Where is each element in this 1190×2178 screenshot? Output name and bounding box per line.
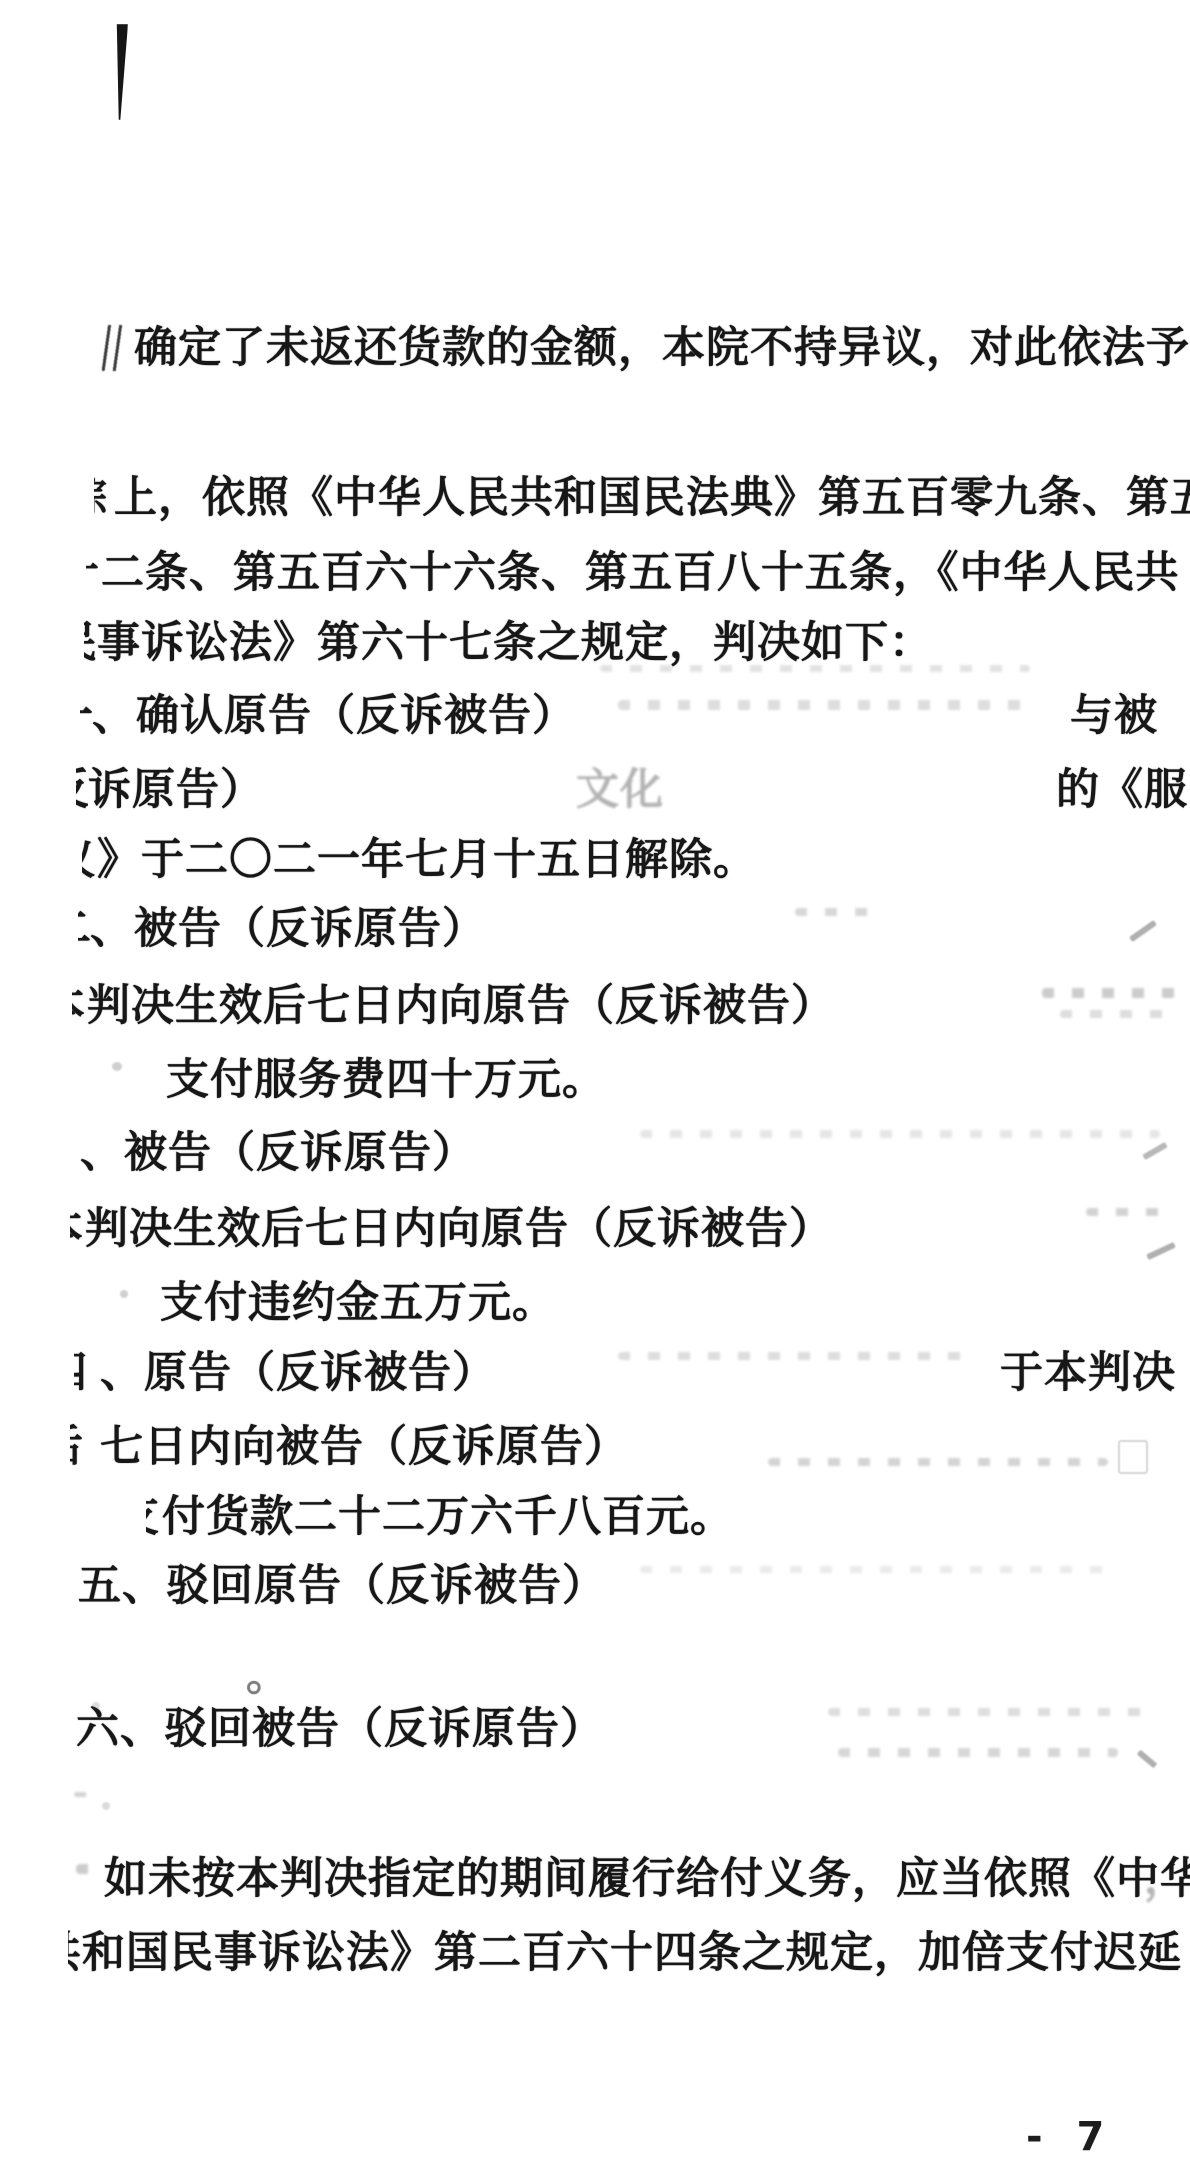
redaction-smudge (838, 1748, 1118, 1757)
clipped-character: 共 (68, 1925, 82, 1981)
line-text: 确定了未返还货款的金额，本院不持异议，对此依法予以 (134, 323, 1190, 373)
text-line: 本判决生效后七日内向原告（反诉被告） (70, 1201, 833, 1257)
redaction-smudge (795, 908, 885, 916)
scanned-judgment-page: 确定了未返还货款的金额，本院不持异议，对此依法予以 综上，依照《中华人民共和国民… (0, 0, 1190, 2178)
redaction-smudge (1118, 1440, 1148, 1474)
line-text: 》于二〇二一年七月十五日解除。 (97, 835, 757, 885)
text-line: 反诉原告） 文化 的《服 (76, 762, 264, 818)
text-line: 十二条、第五百六十六条、第五百八十五条，《中华人民共 (86, 545, 1180, 601)
text-line: 、被告（反诉原告） (80, 1125, 476, 1181)
erased-text-ghost: ， (1144, 1851, 1188, 1907)
line-text-right: 与被 (1070, 688, 1158, 744)
clipped-character: 十 (86, 545, 101, 601)
line-text: 支付服务费四十万元。 (166, 1055, 606, 1105)
clipped-character: 支 (146, 1489, 162, 1545)
redaction-smudge (1142, 1142, 1168, 1160)
line-text: 五、驳回原告（反诉被告） (78, 1561, 606, 1611)
text-line: 本判决生效后七日内向原告（反诉被告） (72, 978, 835, 1034)
redaction-smudge (1146, 1242, 1176, 1260)
redaction-smudge (768, 1458, 1108, 1466)
text-line: 二、被告（反诉原告） (78, 901, 486, 957)
text-line: 五、驳回原告（反诉被告） (78, 1558, 606, 1614)
text-line: 一、确认原告（反诉被告） 与被 (80, 688, 576, 744)
clipped-character: 四 (74, 1345, 100, 1401)
text-line: 支付货款二十二万六千八百元。 (146, 1489, 734, 1545)
redaction-smudge (92, 1702, 100, 1710)
line-text: 支付违约金五万元。 (160, 1278, 556, 1328)
redaction-smudge (74, 1792, 90, 1797)
clipped-character: 一 (80, 688, 92, 744)
text-line: 民事诉讼法》第六十七条之规定，判决如下： (84, 615, 933, 671)
redaction-smudge (640, 1130, 1160, 1138)
redaction-smudge (618, 700, 1028, 710)
line-text: 二条、第五百六十六条、第五百八十五条，《中华人民共 (101, 548, 1180, 598)
ink-stroke-artifact (112, 24, 128, 120)
redaction-smudge (1129, 920, 1157, 942)
line-text: 上，依照《中华人民共和国民法典》第五百零九条、第五 (114, 473, 1190, 523)
clipped-character: 议 (82, 832, 97, 888)
text-line: 支付违约金五万元。 (160, 1275, 556, 1331)
line-text: 诉原告） (88, 765, 264, 815)
redaction-smudge (600, 665, 1030, 672)
clipped-character: 反 (76, 762, 88, 818)
text-line: 综上，依照《中华人民共和国民法典》第五百零九条、第五 (94, 470, 1190, 526)
text-line: 六、驳回被告（反诉原告） (76, 1701, 604, 1757)
text-line: 。 (246, 1648, 290, 1704)
line-text: 、确认原告（反诉被告） (92, 691, 576, 741)
clipped-character: 本 (70, 1201, 85, 1257)
redaction-smudge (112, 1062, 122, 1071)
line-text: 七日内向被告（反诉原告） (100, 1422, 628, 1472)
line-text: 六、驳回被告（反诉原告） (76, 1704, 604, 1754)
text-line: 四、原告（反诉被告） 于本判决 (74, 1345, 496, 1401)
text-line: 如未按本判决指定的期间履行给付义务，应当依照《中华 ， (104, 1851, 1190, 1907)
line-text: 、原告（反诉被告） (100, 1348, 496, 1398)
line-text: 如未按本判决指定的期间履行给付义务，应当依照《中华 (104, 1854, 1190, 1904)
line-text: 付货款二十二万六千八百元。 (162, 1492, 734, 1542)
redaction-smudge (1086, 1208, 1176, 1216)
redaction-smudge (828, 1708, 1158, 1716)
clipped-character: 本 (72, 978, 87, 1034)
line-text-right: 于本判决 (1000, 1345, 1176, 1401)
redaction-smudge (76, 1864, 94, 1874)
text-line: 后七日内向被告（反诉原告） (70, 1419, 628, 1475)
line-text-right: 的《服 (1056, 762, 1188, 818)
redaction-smudge (1137, 1750, 1158, 1769)
redaction-smudge (1042, 988, 1190, 998)
clipped-character: 民 (84, 615, 97, 671)
line-text: 和国民事诉讼法》第二百六十四条之规定，加倍支付迟延 (82, 1928, 1182, 1978)
erased-text-ghost: 文化 (576, 762, 664, 818)
line-text: 判决生效后七日内向原告（反诉被告） (85, 1204, 833, 1254)
clipped-character: 后 (70, 1419, 100, 1475)
redaction-smudge (120, 1290, 128, 1298)
page-number: - 7 (1026, 2114, 1114, 2160)
clipped-character: 二 (78, 901, 90, 957)
text-line: 确定了未返还货款的金额，本院不持异议，对此依法予以 (134, 320, 1190, 376)
line-text: 、被告（反诉原告） (80, 1128, 476, 1178)
redaction-smudge (1060, 1010, 1180, 1018)
line-text: 事诉讼法》第六十七条之规定，判决如下： (97, 618, 933, 668)
clipped-character: 综 (94, 470, 114, 526)
text-line: 议》于二〇二一年七月十五日解除。 (82, 832, 757, 888)
line-text: 判决生效后七日内向原告（反诉被告） (87, 981, 835, 1031)
redaction-smudge (102, 1802, 110, 1810)
line-text: 、被告（反诉原告） (90, 904, 486, 954)
clipped-character-mark (102, 325, 126, 371)
redaction-smudge (618, 1352, 978, 1360)
line-text: 。 (246, 1651, 290, 1701)
text-line: 支付服务费四十万元。 (166, 1052, 606, 1108)
text-line: 共和国民事诉讼法》第二百六十四条之规定，加倍支付迟延 (68, 1925, 1182, 1981)
redaction-smudge (640, 1566, 1120, 1573)
